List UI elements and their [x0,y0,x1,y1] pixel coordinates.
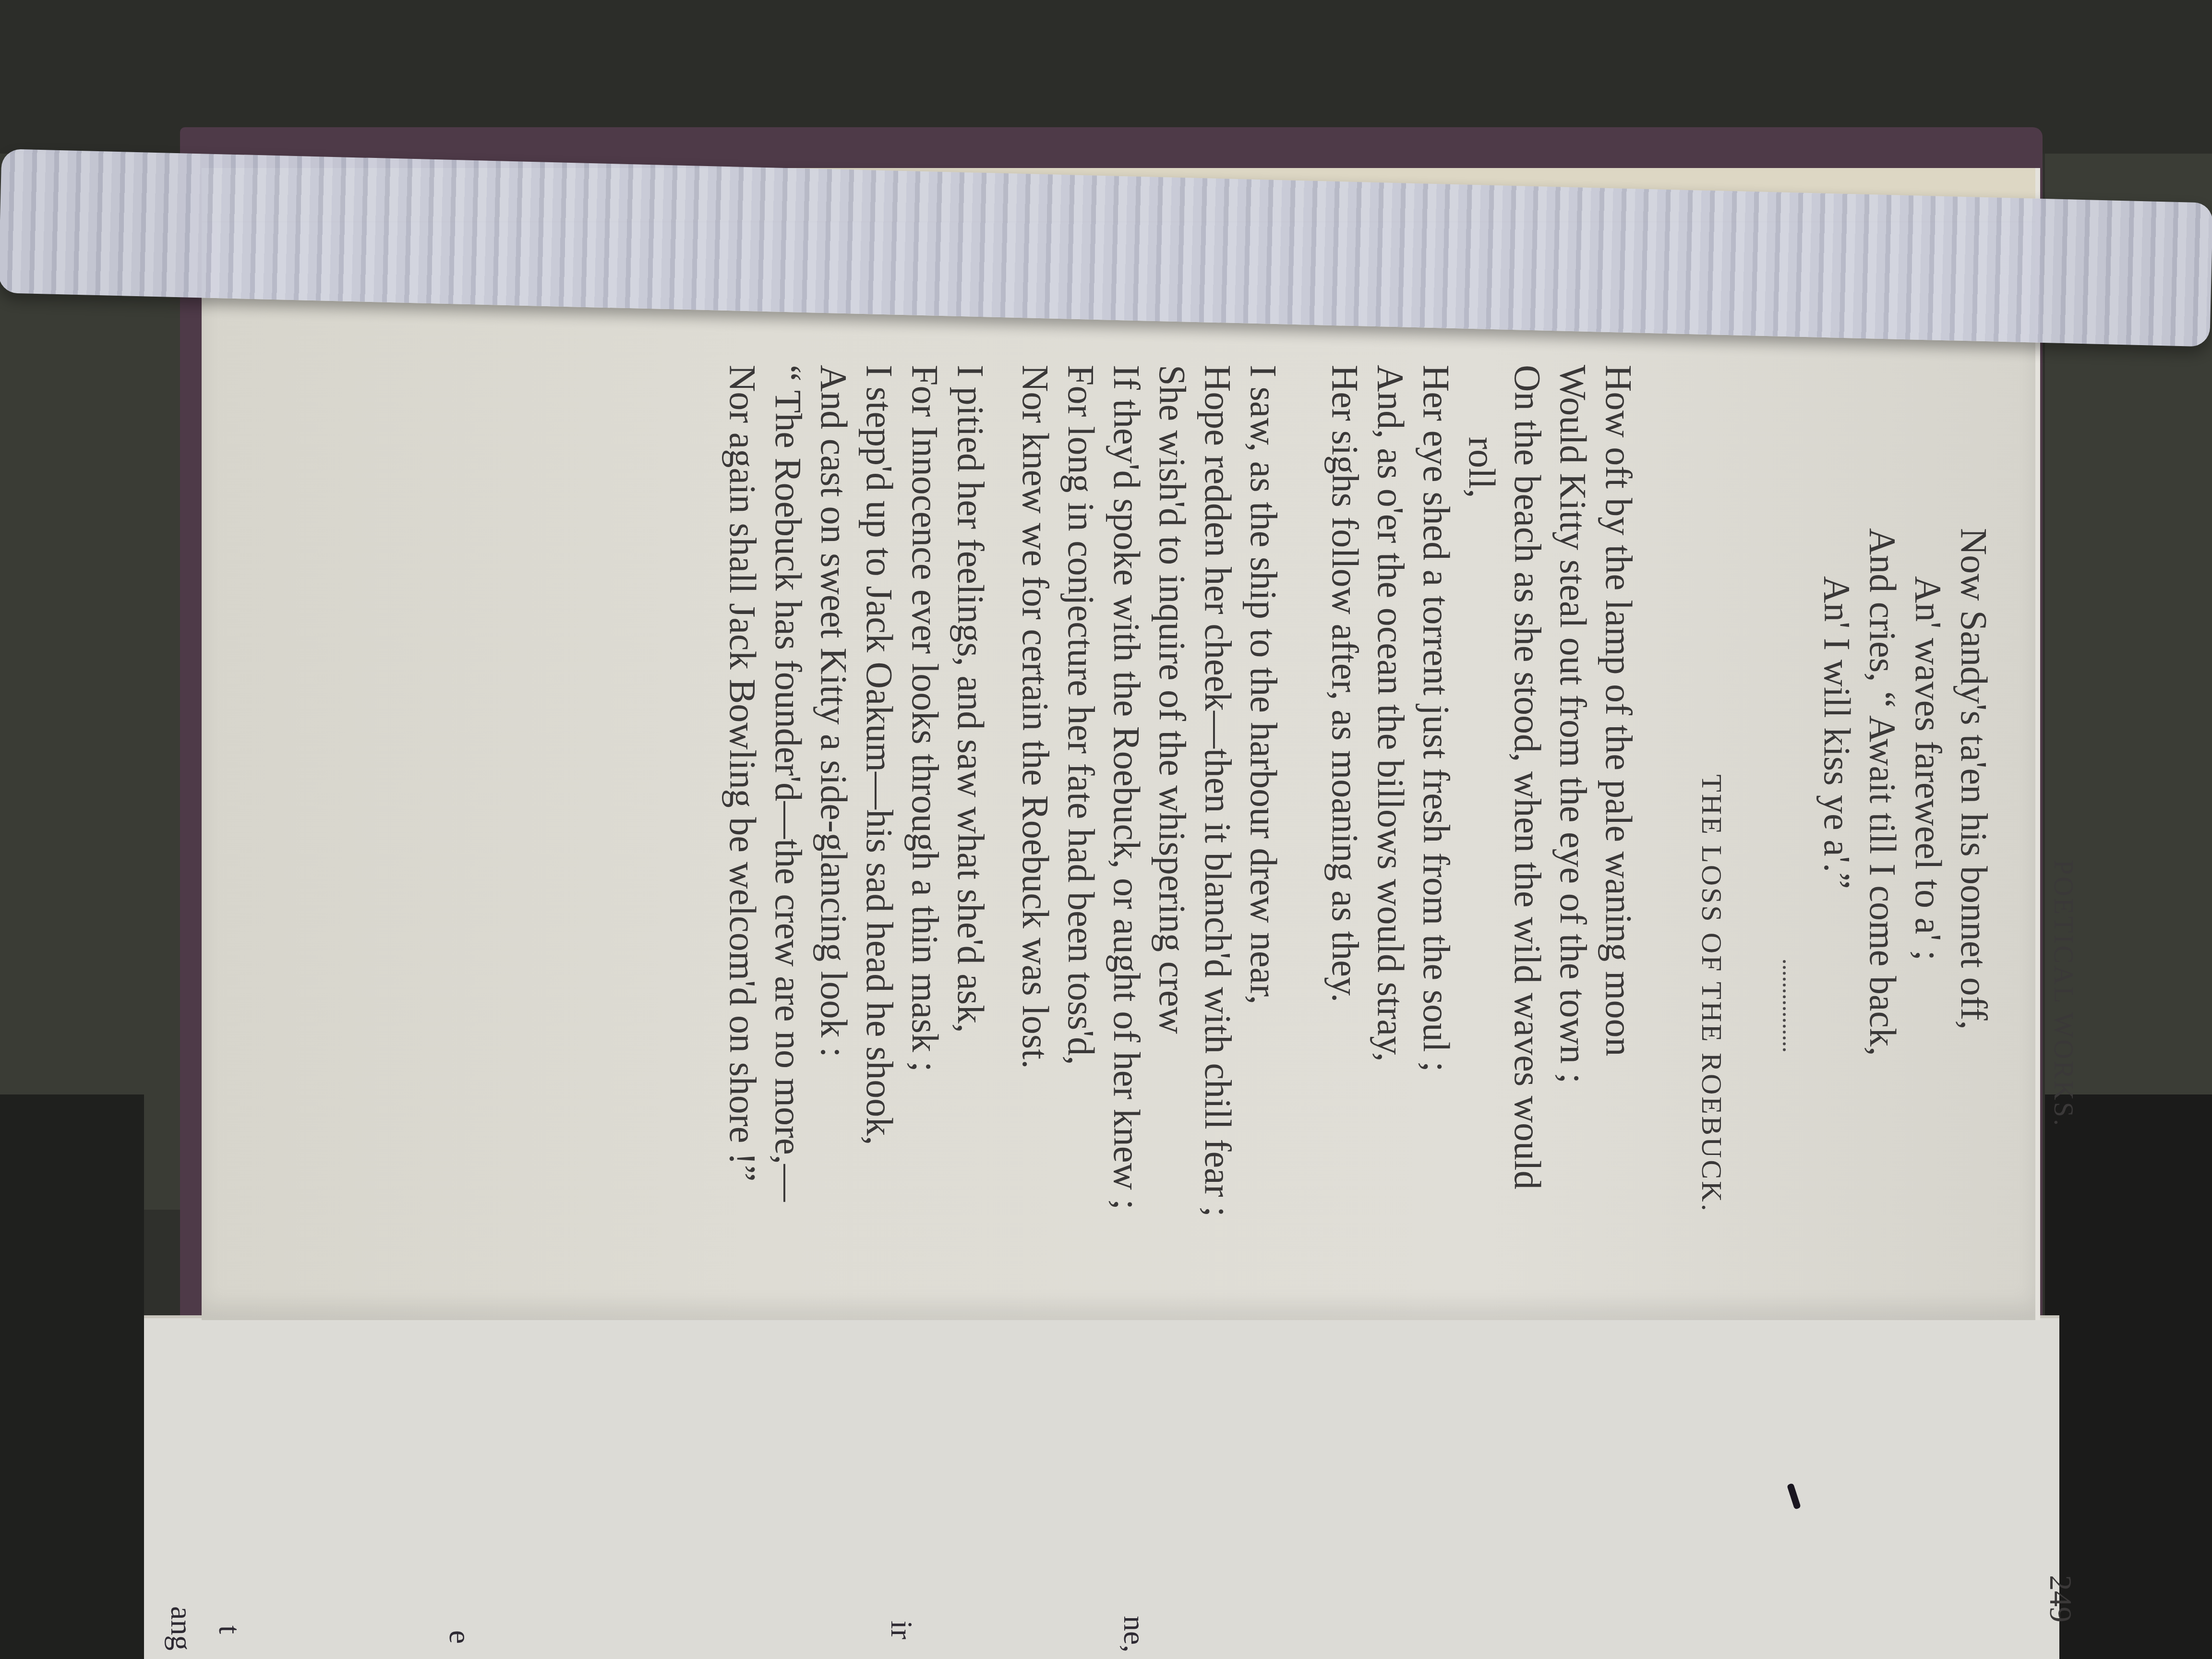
verse-line: Nor again shall Jack Bowling be welcom'd… [720,365,766,1202]
verse-line: And cries, “ Await till I come back, [1860,528,1906,1056]
verse-line: I saw, as the ship to the harbour drew n… [1241,365,1286,1217]
verse-line: An' waves fareweel to a' ; [1906,528,1951,1056]
verse-line: How oft by the lamp of the pale waning m… [1596,365,1642,1190]
running-head [401,384,439,1642]
verse-line: Hope redden her cheek—then it blanch'd w… [1195,365,1241,1217]
verse-line: She wish'd to inquire of the whispering … [1150,365,1195,1217]
fragment: ang [164,1606,199,1650]
stanza-3: I pitied her feelings, and saw what she'… [720,365,994,1202]
verse-line: Her eye shed a torrent just fresh from t… [1414,365,1459,1190]
poem-title: THE LOSS OF THE ROEBUCK. [1695,346,1728,1642]
verse-line: Would Kitty steal out from the eye of th… [1551,365,1596,1190]
verse-line: I stepp'd up to Jack Oakum—his sad head … [857,365,902,1202]
running-title: POETICAL WORKS. [2048,346,2079,1642]
verse-line: An' I will kiss ye a'.” [1815,528,1860,1056]
verse-line: For long in conjecture her fate had been… [1058,365,1104,1217]
background-dark-left [0,1094,144,1659]
verse-line: Her sighs follow after, as moaning as th… [1322,365,1368,1190]
foam-support-left [0,154,202,1210]
verse-line: For Innocence ever looks through a thin … [902,365,948,1202]
previous-poem-ending: Now Sandy's ta'en his bonnet off, An' wa… [1815,528,1997,1056]
verse-line: roll, [1459,365,1505,1190]
fragment: t [212,1625,247,1634]
stanza-2: I saw, as the ship to the harbour drew n… [1013,365,1286,1217]
verse-line: And cast on sweet Kitty a side-glancing … [811,365,857,1202]
verse-line: And, as o'er the ocean the billows would… [1368,365,1414,1190]
verse-line: Now Sandy's ta'en his bonnet off, [1951,528,1997,1056]
verse-line: I pitied her feelings, and saw what she'… [948,365,994,1202]
verse-line: If they'd spoke with the Roebuck, or aug… [1104,365,1150,1217]
section-divider [1783,960,1786,1051]
verse-line: Nor knew we for certain the Roebuck was … [1013,365,1058,1217]
verse-line: “ The Roebuck has founder'd—the crew are… [766,365,811,1202]
stanza-1: How oft by the lamp of the pale waning m… [1322,365,1642,1190]
page-text-block: POETICAL WORKS. 249 Now Sandy's ta'en hi… [355,346,2035,1642]
page-number: 249 [2042,1575,2079,1623]
verse-line: On the beach as she stood, when the wild… [1505,365,1551,1190]
